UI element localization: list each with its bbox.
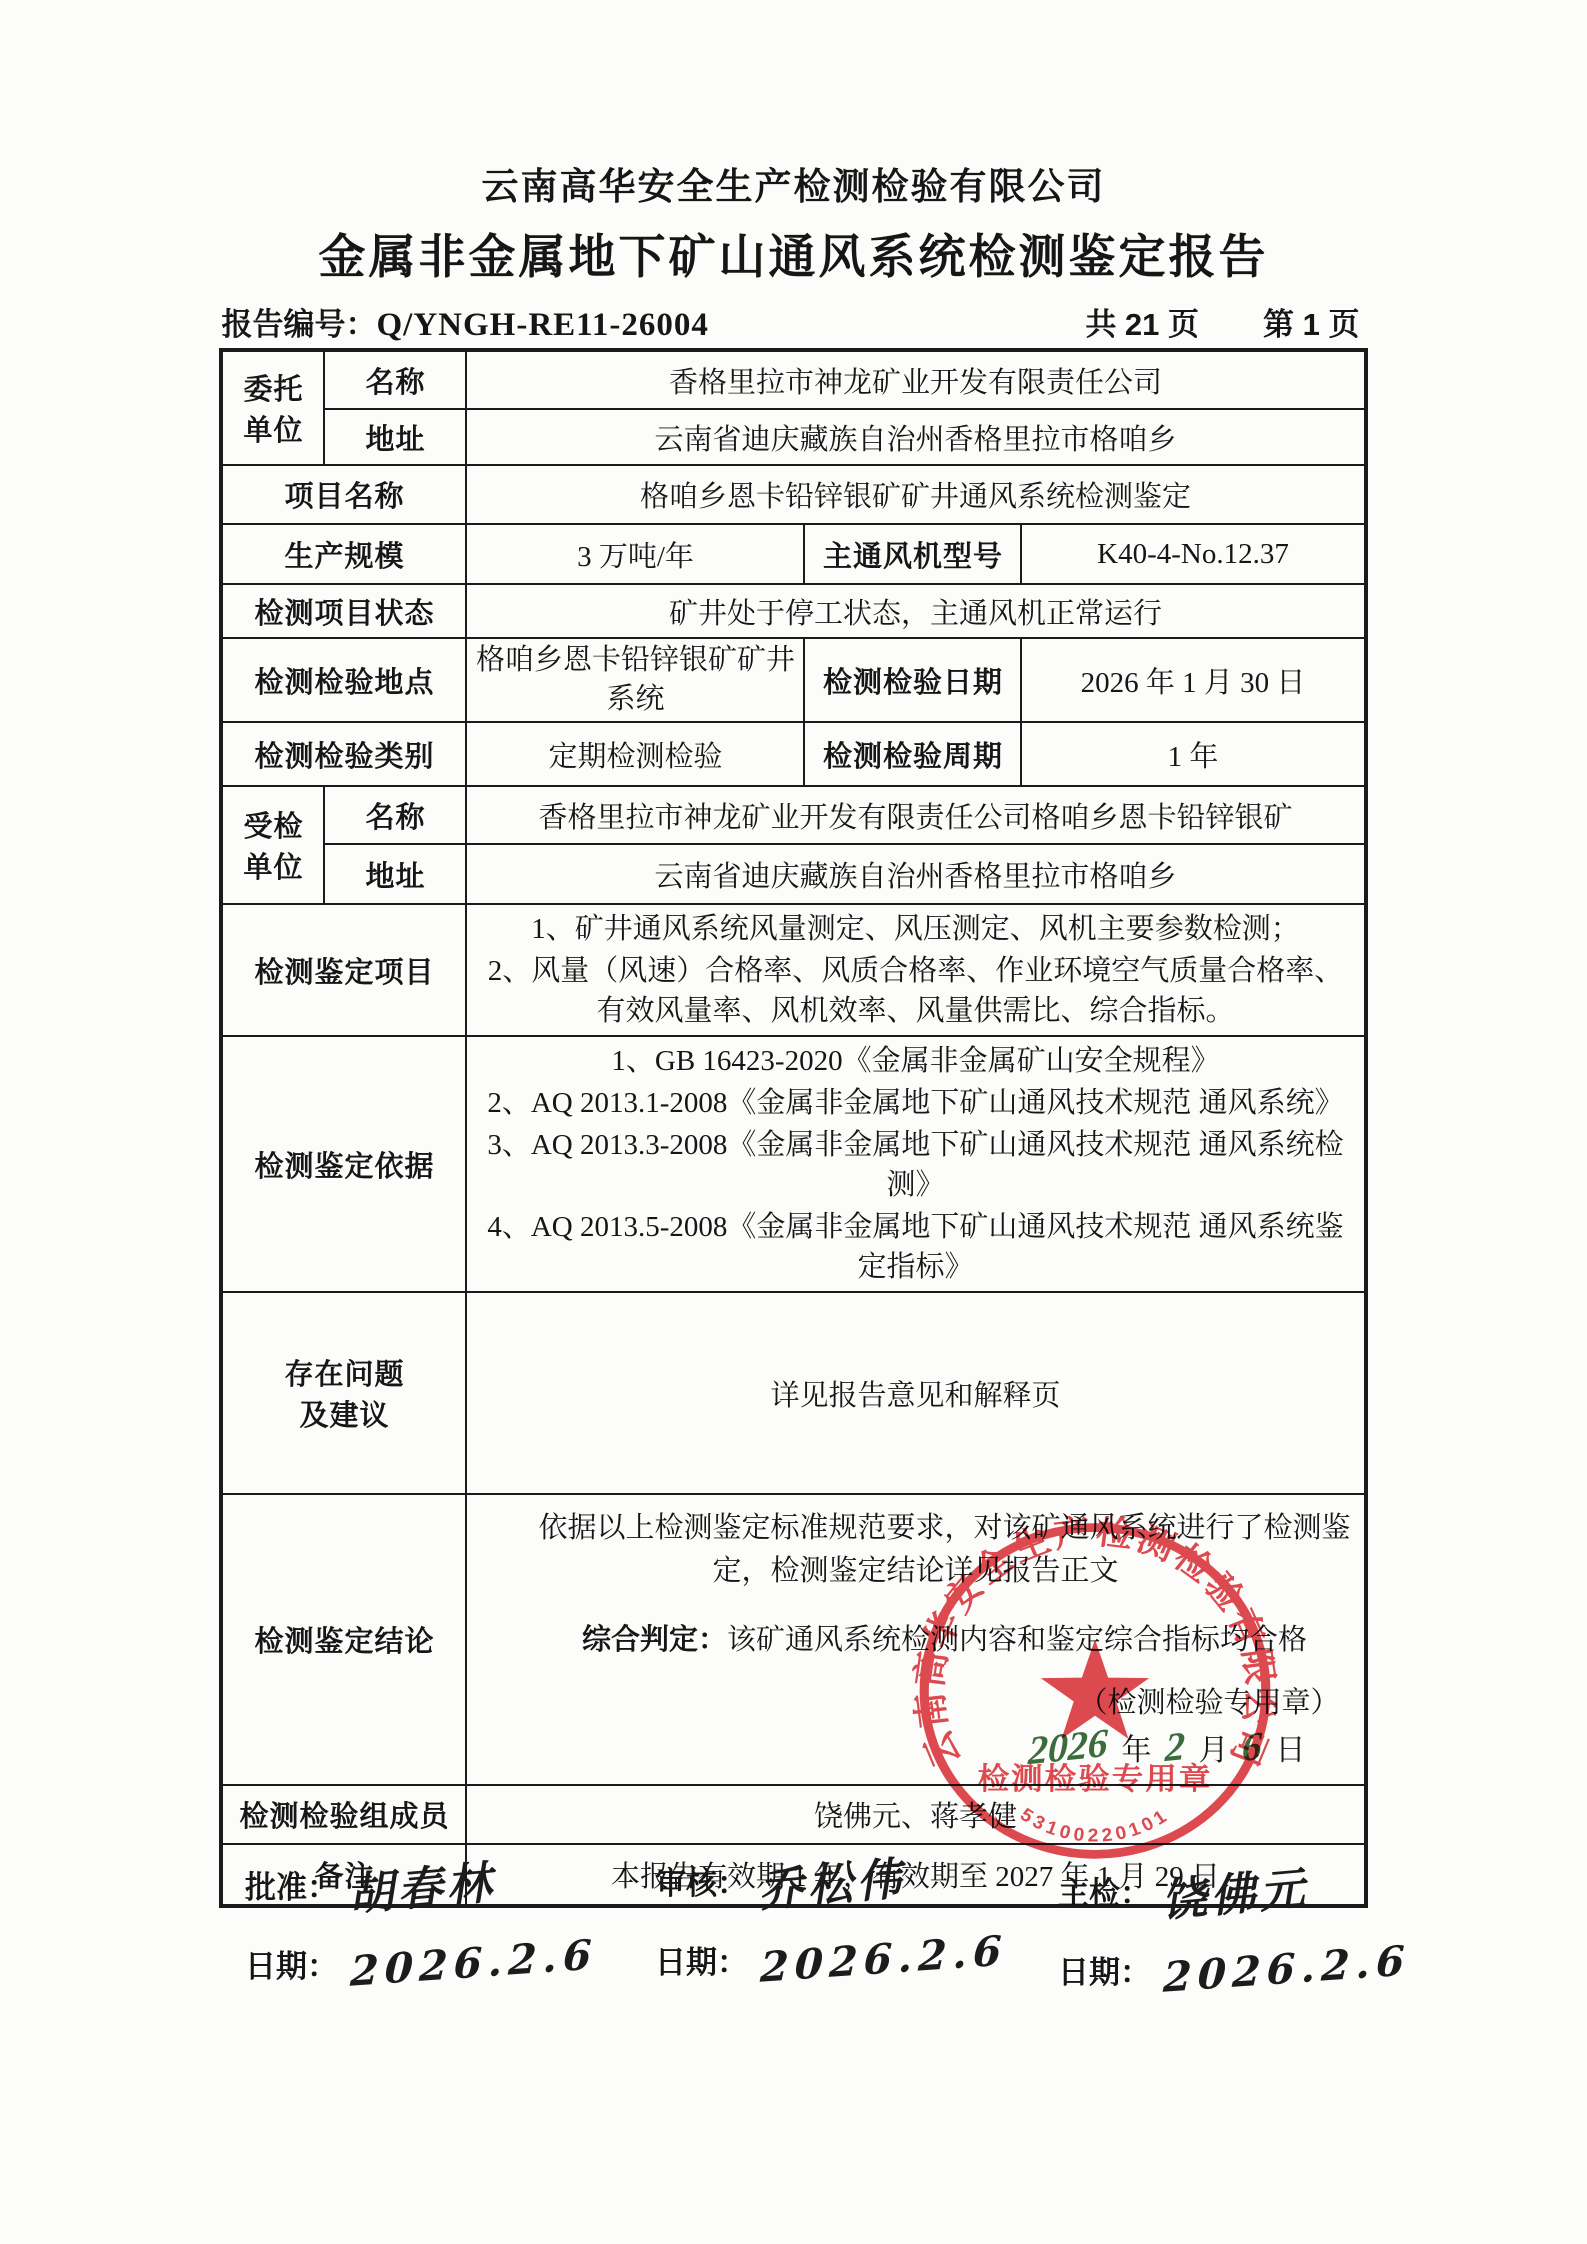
basis-item: 2、AQ 2013.1-2008《金属非金属地下矿山通风技术规范 通风系统》 xyxy=(473,1083,1357,1123)
table-row: 检测项目状态 矿井处于停工状态，主通风机正常运行 xyxy=(221,584,1365,638)
basis-item: 1、GB 16423-2020《金属非金属矿山安全规程》 xyxy=(473,1041,1357,1081)
report-page: 云南高华安全生产检测检验有限公司 金属非金属地下矿山通风系统检测鉴定报告 报告编… xyxy=(0,0,1587,2244)
entrust-name-label: 名称 xyxy=(324,350,466,409)
review-date-label: 日期： xyxy=(655,1937,748,1982)
project-name-label: 项目名称 xyxy=(221,465,466,524)
entrust-addr-value: 云南省迪庆藏族自治州香格里拉市格咱乡 xyxy=(466,409,1365,465)
verdict-text: 该矿通风系统检测内容和鉴定综合指标均合格 xyxy=(727,1624,1307,1656)
company-name: 云南高华安全生产检测检验有限公司 xyxy=(0,0,1587,210)
conclusion-label: 检测鉴定结论 xyxy=(221,1494,466,1785)
appraisal-item: 1、矿井通风系统风量测定、风压测定、风机主要参数检测； xyxy=(473,909,1357,949)
report-meta-line: 报告编号：Q/YNGH-RE11-26004 共 21 页 第 1 页 xyxy=(222,299,1366,344)
table-row: 检测鉴定依据 1、GB 16423-2020《金属非金属矿山安全规程》 2、AQ… xyxy=(221,1036,1365,1292)
review-date: 2026.2.6 xyxy=(759,1926,1008,1992)
appraisal-basis-list: 1、GB 16423-2020《金属非金属矿山安全规程》 2、AQ 2013.1… xyxy=(473,1041,1357,1287)
approve-label: 批准： xyxy=(245,1862,338,1907)
review-signature: 乔松伟 xyxy=(755,1842,907,1920)
inspected-name-label: 名称 xyxy=(324,786,466,844)
inspection-cycle-label: 检测检验周期 xyxy=(804,722,1021,786)
table-row: 检测检验组成员 饶佛元、蒋孝健 xyxy=(221,1785,1365,1844)
table-row: 地址 云南省迪庆藏族自治州香格里拉市格咱乡 xyxy=(221,409,1365,465)
project-name-value: 格咱乡恩卡铅锌银矿矿井通风系统检测鉴定 xyxy=(466,465,1365,524)
page-counters: 共 21 页 第 1 页 xyxy=(1085,299,1365,344)
report-number-value: Q/YNGH-RE11-26004 xyxy=(377,307,709,343)
report-table: 委托 单位 名称 香格里拉市神龙矿业开发有限责任公司 地址 云南省迪庆藏族自治州… xyxy=(219,348,1367,1908)
inspected-addr-value: 云南省迪庆藏族自治州香格里拉市格咱乡 xyxy=(466,844,1365,904)
handwritten-day: 6 xyxy=(1241,1725,1262,1767)
appraisal-item: 2、风量（风速）合格率、风质合格率、作业环境空气质量合格率、有效风量率、风机效率… xyxy=(473,951,1357,1031)
main-fan-model-value: K40-4-No.12.37 xyxy=(1021,524,1365,584)
inspection-site-label: 检测检验地点 xyxy=(221,638,466,722)
approve-date: 2026.2.6 xyxy=(349,1930,598,1996)
table-row: 检测鉴定结论 依据以上检测鉴定标准规范要求，对该矿通风系统进行了检测鉴定，检测鉴… xyxy=(221,1494,1365,1785)
chief-date: 2026.2.6 xyxy=(1162,1936,1411,2002)
production-scale-label: 生产规模 xyxy=(221,524,466,584)
inspection-site-value: 格咱乡恩卡铅锌银矿矿井系统 xyxy=(466,638,804,722)
appraisal-basis-label: 检测鉴定依据 xyxy=(221,1036,466,1292)
conclusion-paragraph: 依据以上检测鉴定标准规范要求，对该矿通风系统进行了检测鉴定，检测鉴定结论详见报告… xyxy=(473,1507,1357,1593)
report-number: 报告编号：Q/YNGH-RE11-26004 xyxy=(222,299,709,344)
conclusion-verdict: 综合判定：该矿通风系统检测内容和鉴定综合指标均合格 xyxy=(473,1619,1357,1662)
table-row: 受检 单位 名称 香格里拉市神龙矿业开发有限责任公司格咱乡恩卡铅锌银矿 xyxy=(221,786,1365,844)
entrust-name-value: 香格里拉市神龙矿业开发有限责任公司 xyxy=(466,350,1365,409)
chief-block: 主检： 饶佛元 日期： 2026.2.6 xyxy=(1058,1858,1411,1993)
table-row: 委托 单位 名称 香格里拉市神龙矿业开发有限责任公司 xyxy=(221,350,1365,409)
day-unit: 日 xyxy=(1276,1734,1306,1767)
chief-label: 主检： xyxy=(1058,1868,1151,1913)
table-row: 生产规模 3 万吨/年 主通风机型号 K40-4-No.12.37 xyxy=(221,524,1365,584)
team-value: 饶佛元、蒋孝健 xyxy=(466,1785,1365,1844)
handwritten-month: 2 xyxy=(1164,1725,1185,1767)
chief-date-label: 日期： xyxy=(1058,1947,1151,1992)
handwritten-year: 2026 xyxy=(1028,1722,1109,1771)
inspection-type-value: 定期检测检验 xyxy=(466,722,804,786)
review-date-row: 日期： 2026.2.6 xyxy=(655,1935,1008,1983)
current-page: 第 1 页 xyxy=(1263,299,1359,344)
problems-label: 存在问题 及建议 xyxy=(221,1292,466,1494)
review-label: 审核： xyxy=(655,1858,748,1903)
table-row: 项目名称 格咱乡恩卡铅锌银矿矿井通风系统检测鉴定 xyxy=(221,465,1365,524)
verdict-label: 综合判定： xyxy=(582,1624,727,1656)
report-title: 金属非金属地下矿山通风系统检测鉴定报告 xyxy=(0,220,1587,287)
inspection-date-label: 检测检验日期 xyxy=(804,638,1021,722)
appraisal-basis-value: 1、GB 16423-2020《金属非金属矿山安全规程》 2、AQ 2013.1… xyxy=(466,1036,1365,1292)
inspected-addr-label: 地址 xyxy=(324,844,466,904)
approve-signature: 胡春林 xyxy=(345,1846,497,1924)
conclusion-cell: 依据以上检测鉴定标准规范要求，对该矿通风系统进行了检测鉴定，检测鉴定结论详见报告… xyxy=(466,1494,1365,1785)
year-unit: 年 xyxy=(1122,1734,1152,1767)
chief-date-row: 日期： 2026.2.6 xyxy=(1058,1945,1411,1993)
basis-item: 4、AQ 2013.5-2008《金属非金属地下矿山通风技术规范 通风系统鉴定指… xyxy=(473,1207,1357,1287)
problems-value: 详见报告意见和解释页 xyxy=(466,1292,1365,1494)
inspection-cycle-value: 1 年 xyxy=(1021,722,1365,786)
main-fan-model-label: 主通风机型号 xyxy=(804,524,1021,584)
approve-block: 批准： 胡春林 日期： 2026.2.6 xyxy=(245,1852,598,1987)
production-scale-value: 3 万吨/年 xyxy=(466,524,804,584)
team-label: 检测检验组成员 xyxy=(221,1785,466,1844)
table-row: 检测检验类别 定期检测检验 检测检验周期 1 年 xyxy=(221,722,1365,786)
approve-row: 批准： 胡春林 xyxy=(245,1852,598,1917)
chief-signature: 饶佛元 xyxy=(1158,1852,1310,1930)
inspection-type-label: 检测检验类别 xyxy=(221,722,466,786)
appraisal-items-label: 检测鉴定项目 xyxy=(221,904,466,1036)
conclusion-date: 2026 年 2 月 6 日 xyxy=(473,1727,1357,1773)
project-status-value: 矿井处于停工状态，主通风机正常运行 xyxy=(466,584,1365,638)
appraisal-items-value: 1、矿井通风系统风量测定、风压测定、风机主要参数检测； 2、风量（风速）合格率、… xyxy=(466,904,1365,1036)
entrust-addr-label: 地址 xyxy=(324,409,466,465)
seal-note: （检测检验专用章） xyxy=(473,1682,1357,1725)
inspection-date-value: 2026 年 1 月 30 日 xyxy=(1021,638,1365,722)
table-row: 存在问题 及建议 详见报告意见和解释页 xyxy=(221,1292,1365,1494)
review-row: 审核： 乔松伟 xyxy=(655,1848,1008,1913)
inspected-name-value: 香格里拉市神龙矿业开发有限责任公司格咱乡恩卡铅锌银矿 xyxy=(466,786,1365,844)
inspected-unit-label: 受检 单位 xyxy=(221,786,324,904)
project-status-label: 检测项目状态 xyxy=(221,584,466,638)
appraisal-items-list: 1、矿井通风系统风量测定、风压测定、风机主要参数检测； 2、风量（风速）合格率、… xyxy=(473,909,1357,1031)
chief-row: 主检： 饶佛元 xyxy=(1058,1858,1411,1923)
table-row: 检测检验地点 格咱乡恩卡铅锌银矿矿井系统 检测检验日期 2026 年 1 月 3… xyxy=(221,638,1365,722)
review-block: 审核： 乔松伟 日期： 2026.2.6 xyxy=(655,1848,1008,1983)
entrust-unit-label: 委托 单位 xyxy=(221,350,324,465)
approve-date-row: 日期： 2026.2.6 xyxy=(245,1939,598,1987)
month-unit: 月 xyxy=(1199,1734,1229,1767)
basis-item: 3、AQ 2013.3-2008《金属非金属地下矿山通风技术规范 通风系统检测》 xyxy=(473,1125,1357,1205)
total-pages: 共 21 页 xyxy=(1085,299,1199,344)
table-row: 检测鉴定项目 1、矿井通风系统风量测定、风压测定、风机主要参数检测； 2、风量（… xyxy=(221,904,1365,1036)
report-number-label: 报告编号： xyxy=(222,307,377,342)
table-row: 地址 云南省迪庆藏族自治州香格里拉市格咱乡 xyxy=(221,844,1365,904)
approve-date-label: 日期： xyxy=(245,1941,338,1986)
